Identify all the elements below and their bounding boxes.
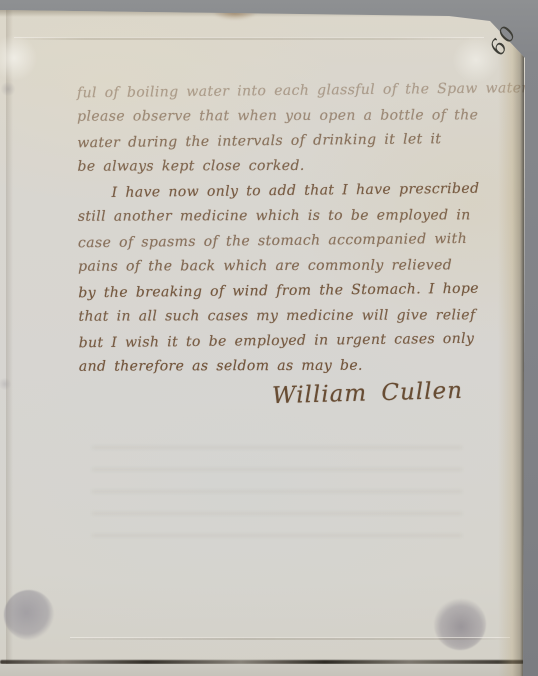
manuscript-line: pains of the back which are commonly rel…	[78, 253, 476, 279]
manuscript-page: ful of boiling water into each glassful …	[0, 0, 538, 676]
manuscript-line: please observe that when you open a bott…	[77, 103, 475, 129]
manuscript-line: ful of boiling water into each glassful …	[77, 77, 475, 107]
manuscript-line: and therefore as seldom as may be.	[79, 353, 477, 379]
manuscript-line: that in all such cases my medicine will …	[78, 303, 476, 329]
margin-smudge	[0, 82, 16, 96]
manuscript-line: by the breaking of wind from the Stomach…	[78, 277, 476, 307]
letter-body: ful of boiling water into each glassful …	[77, 78, 477, 411]
manuscript-line: but I wish it to be employed in urgent c…	[79, 327, 477, 357]
lower-horizontal-crease	[70, 637, 510, 640]
mount-dot-bottom-left	[4, 590, 54, 640]
manuscript-line: be always kept close corked.	[77, 153, 475, 179]
left-fold-crease	[6, 10, 13, 676]
upper-horizontal-crease	[14, 37, 484, 40]
manuscript-line: still another medicine which is to be em…	[78, 203, 476, 229]
paper-top-edge-shadow	[0, 9, 538, 17]
underlying-page-edge	[0, 664, 523, 676]
ink-stain-top-edge	[213, 5, 257, 20]
paper-right-edge-shadow	[498, 14, 524, 676]
mount-spot-top-left	[0, 34, 38, 82]
letter-lines: ful of boiling water into each glassful …	[77, 78, 477, 381]
mount-dot-bottom-right	[434, 598, 486, 650]
photograph-background: ful of boiling water into each glassful …	[0, 0, 538, 676]
manuscript-line: I have now only to add that I have presc…	[78, 177, 476, 207]
signature: William Cullen	[79, 377, 478, 414]
manuscript-line: water during the intervals of drinking i…	[77, 127, 475, 157]
manuscript-line: case of spasms of the stomach accompanie…	[78, 227, 476, 257]
ink-showthrough	[92, 446, 462, 550]
